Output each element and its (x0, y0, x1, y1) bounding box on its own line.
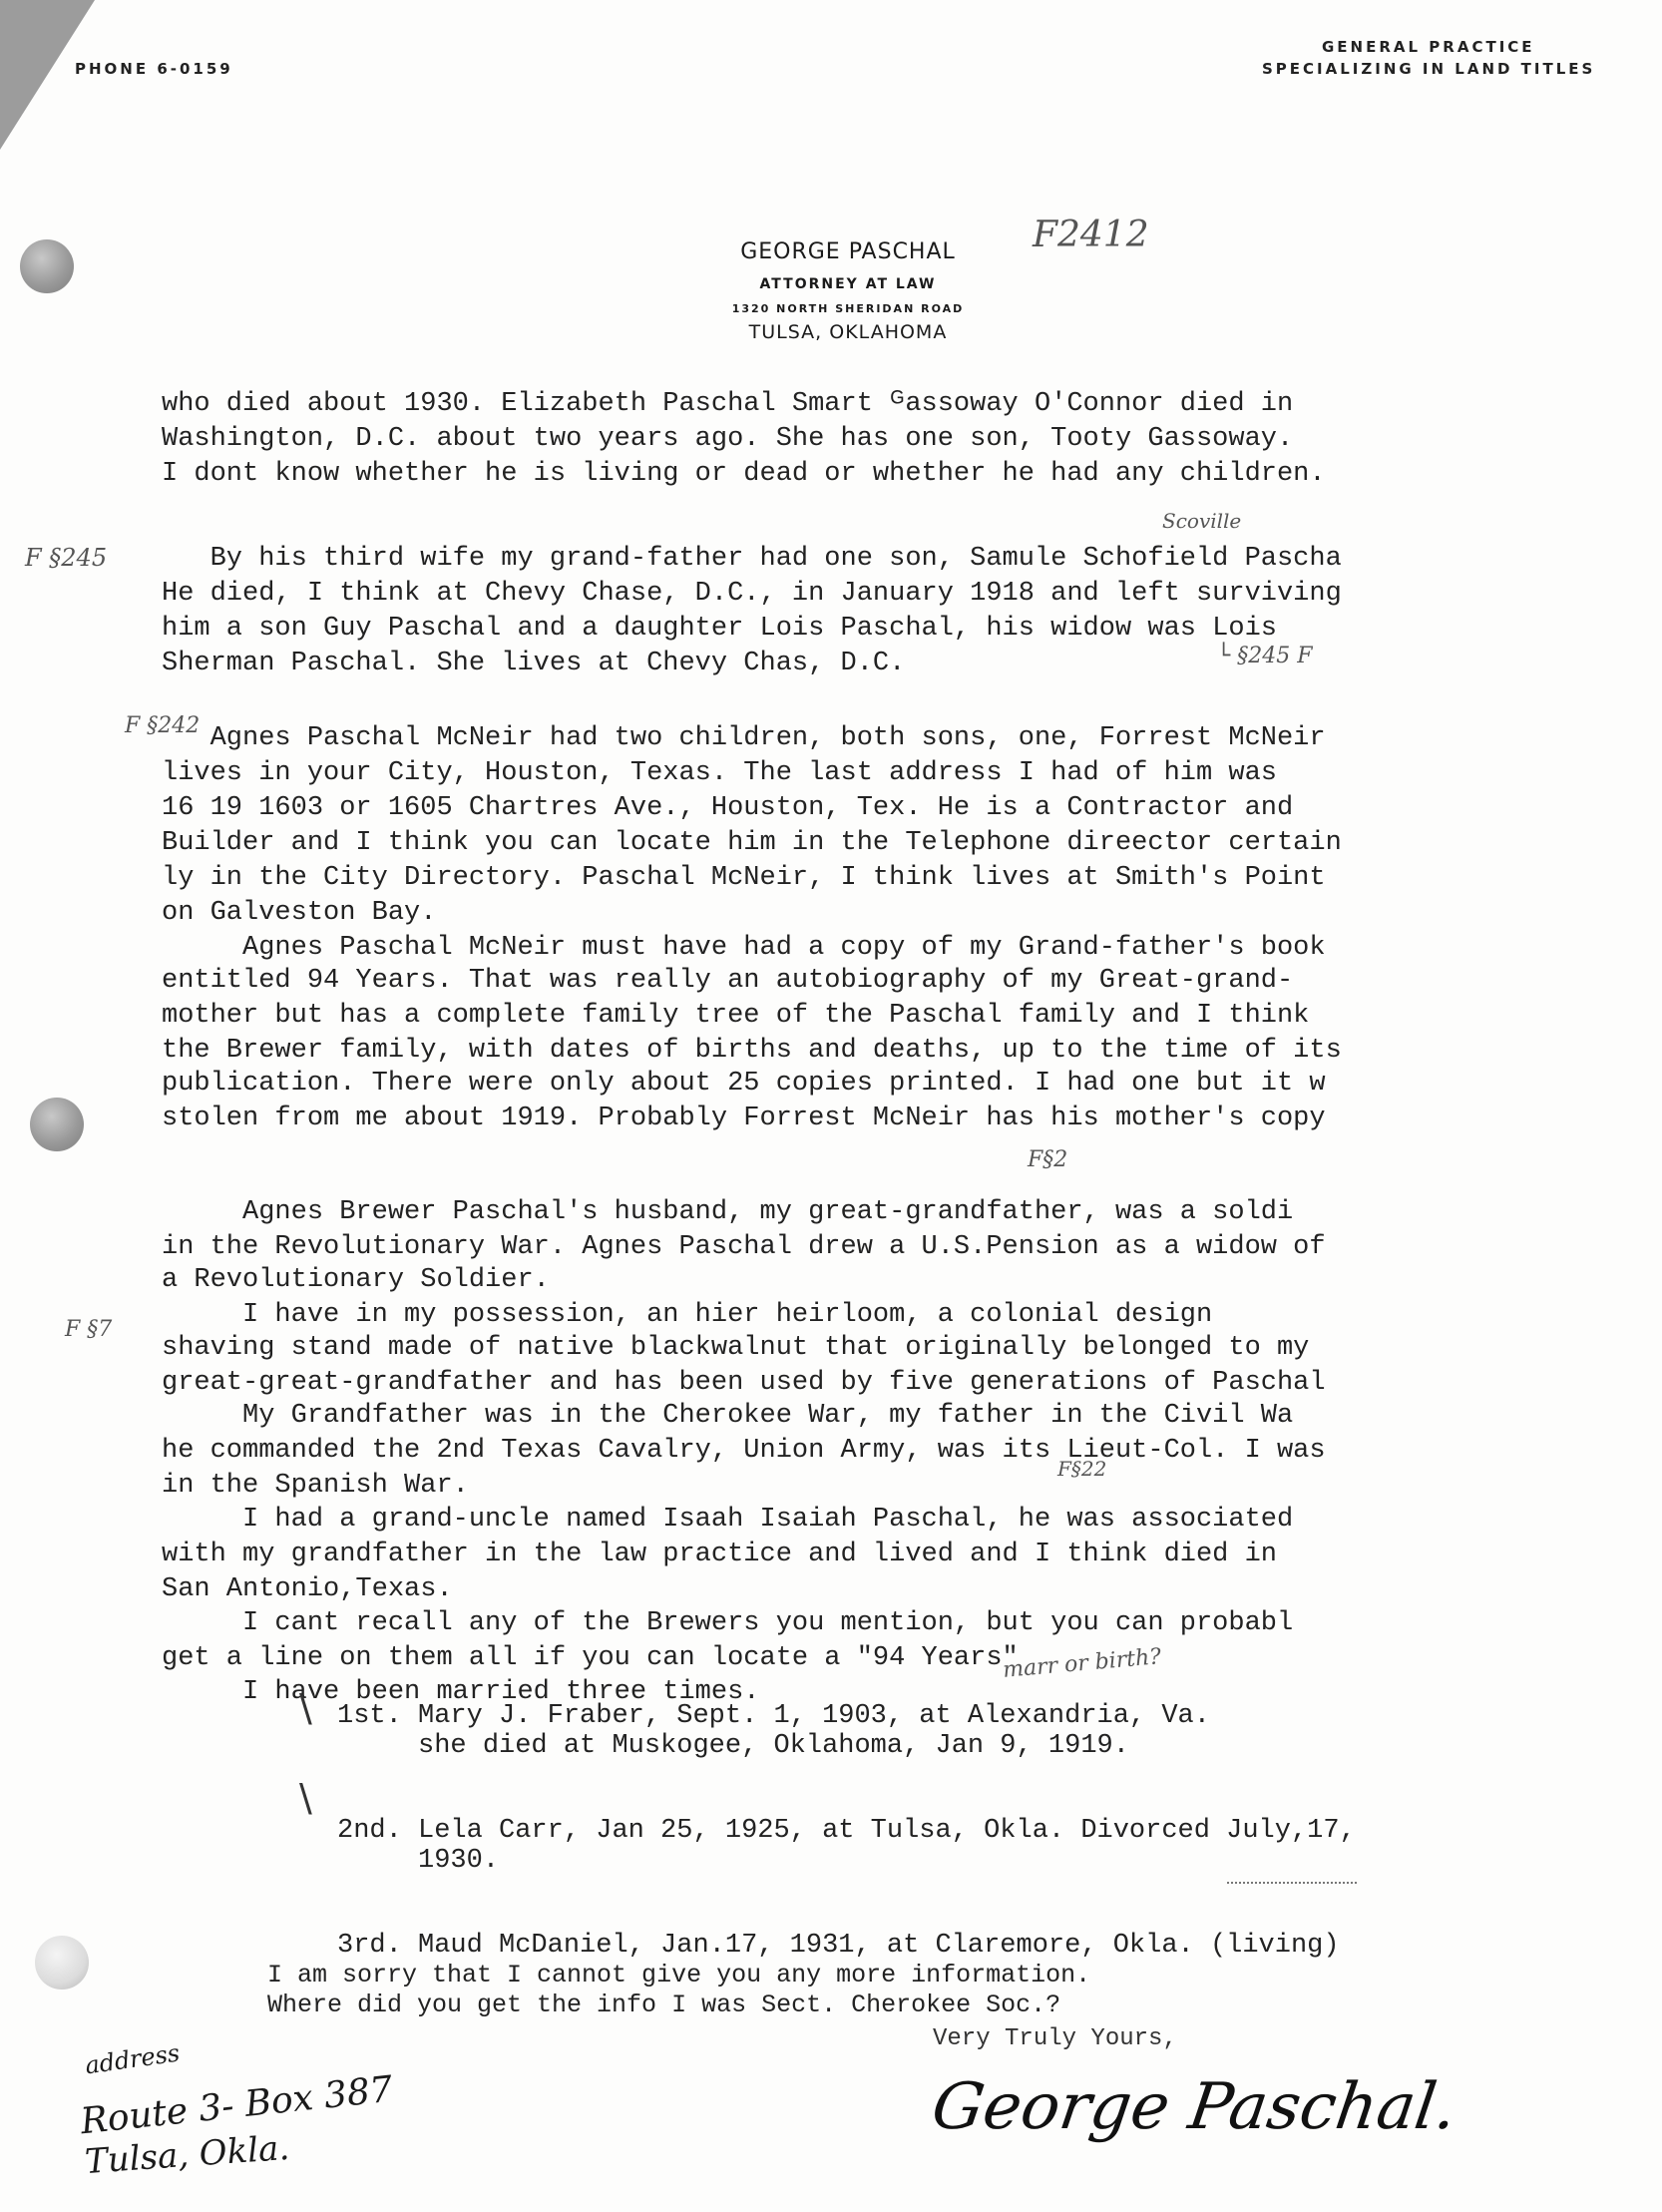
body-line: Agnes Paschal McNeir must have had a cop… (162, 933, 1326, 963)
handwritten-address-label: address (84, 2039, 182, 2080)
body-line: who died about 1930. Elizabeth Paschal S… (162, 389, 1293, 419)
body-line: a Revolutionary Soldier. (162, 1265, 550, 1295)
punch-hole-bottom (35, 1936, 89, 1990)
body-line: I dont know whether he is living or dead… (162, 459, 1326, 489)
signature: George Paschal. (928, 2070, 1461, 2144)
body-line: Agnes Paschal McNeir had two children, b… (162, 723, 1326, 753)
body-line: I cant recall any of the Brewers you men… (162, 1608, 1293, 1638)
marriage-1-line-2: she died at Muskogee, Oklahoma, Jan 9, 1… (337, 1731, 1129, 1761)
body-line: mother but has a complete family tree of… (162, 1001, 1309, 1031)
body-line: stolen from me about 1919. Probably Forr… (162, 1104, 1326, 1133)
body-line: Sherman Paschal. She lives at Chevy Chas… (162, 649, 905, 678)
margin-annotation-7: F §7 (65, 1317, 112, 1342)
body-line: My Grandfather was in the Cherokee War, … (162, 1401, 1293, 1431)
divorced-underline (1227, 1872, 1357, 1884)
marriage-1-line-1: 1st. Mary J. Fraber, Sept. 1, 1903, at A… (337, 1701, 1210, 1731)
office-city: TULSA, OKLAHOMA (658, 321, 1038, 343)
body-line: lives in your City, Houston, Texas. The … (162, 758, 1277, 788)
marr-or-birth-annotation: marr or birth? (1002, 1644, 1162, 1683)
body-line: entitled 94 Years. That was really an au… (162, 966, 1293, 996)
body-line: Agnes Brewer Paschal's husband, my great… (162, 1197, 1293, 1227)
checkmark-icon: \ (299, 1686, 312, 1730)
body-line: shaving stand made of native blackwalnut… (162, 1333, 1309, 1363)
body-line: in the Revolutionary War. Agnes Paschal … (162, 1232, 1326, 1262)
closing-line-2: Where did you get the info I was Sect. C… (267, 1991, 1060, 2020)
marriage-3-line-1: 3rd. Maud McDaniel, Jan.17, 1931, at Cla… (337, 1931, 1340, 1961)
body-line: I had a grand-uncle named Isaah Isaiah P… (162, 1505, 1293, 1535)
closing-line-1: I am sorry that I cannot give you any mo… (267, 1961, 1090, 1991)
phone-number: PHONE 6-0159 (75, 60, 233, 78)
body-line: Washington, D.C. about two years ago. Sh… (162, 424, 1293, 454)
body-line: By his third wife my grand-father had on… (162, 544, 1342, 574)
body-line: great-great-grandfather and has been use… (162, 1368, 1326, 1398)
practice-line-2: SPECIALIZING IN LAND TITLES (1262, 60, 1595, 78)
body-line: the Brewer family, with dates of births … (162, 1036, 1342, 1066)
body-line: 16 19 1603 or 1605 Chartres Ave., Housto… (162, 793, 1293, 823)
body-line: I have in my possession, an hier heirloo… (162, 1300, 1212, 1330)
body-line: Builder and I think you can locate him i… (162, 828, 1342, 858)
inline-annotation-245: └ §245 F (1217, 644, 1313, 668)
attorney-name: GEORGE PASCHAL (658, 239, 1038, 264)
marriage-2-line-2: 1930. (337, 1846, 499, 1876)
marriage-2-line-1: 2nd. Lela Carr, Jan 25, 1925, at Tulsa, … (337, 1816, 1356, 1846)
body-line: in the Spanish War. (162, 1471, 469, 1501)
margin-annotation-245: F §245 (25, 544, 107, 572)
body-line: him a son Guy Paschal and a daughter Loi… (162, 614, 1277, 644)
body-line: on Galveston Bay. (162, 898, 436, 928)
body-line: get a line on them all if you can locate… (162, 1643, 1019, 1673)
body-line: ly in the City Directory. Paschal McNeir… (162, 863, 1326, 893)
closing-salutation: Very Truly Yours, (933, 2025, 1177, 2052)
body-line: with my grandfather in the law practice … (162, 1540, 1277, 1569)
body-line: San Antonio,Texas. (162, 1574, 453, 1604)
body-line: he commanded the 2nd Texas Cavalry, Unio… (162, 1436, 1326, 1466)
checkmark-icon: \ (299, 1776, 312, 1820)
punch-hole-top (20, 239, 74, 293)
body-line: publication. There were only about 25 co… (162, 1069, 1326, 1099)
punch-hole-middle (30, 1098, 84, 1151)
file-number-annotation: F2412 (1033, 215, 1149, 255)
body-line: He died, I think at Chevy Chase, D.C., i… (162, 579, 1342, 609)
scoville-annotation: Scoville (1162, 509, 1241, 533)
practice-line-1: GENERAL PRACTICE (1322, 38, 1535, 56)
office-address: 1320 NORTH SHERIDAN ROAD (658, 302, 1038, 315)
annotation-f42: F§2 (1028, 1147, 1067, 1172)
attorney-title: ATTORNEY AT LAW (658, 276, 1038, 292)
